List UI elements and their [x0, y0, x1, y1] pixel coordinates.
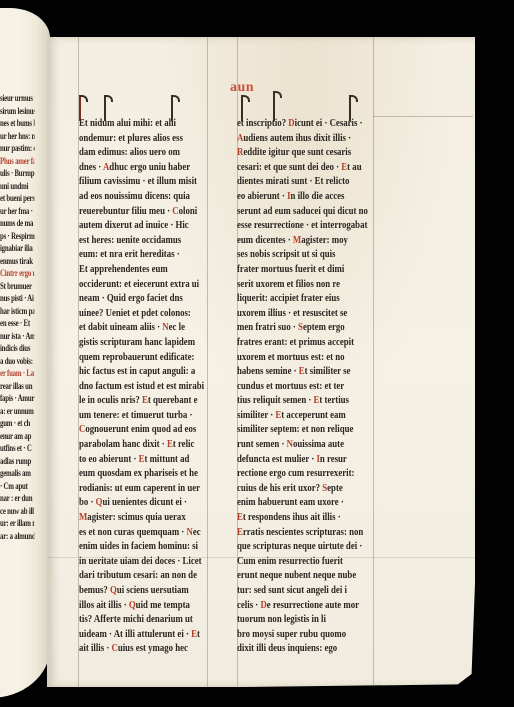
verso-text-line: nums de ma ru — [0, 218, 35, 231]
text-line: to eo abierunt · Et mittunt ad — [79, 453, 212, 468]
text-line: ait illis · Cuius est ymago hec — [79, 642, 212, 657]
text-line: autem dixerut ad inuice · Hic — [79, 219, 212, 234]
verso-text-line: uni undmi — [0, 181, 35, 194]
rubricated-initial: N — [287, 439, 293, 450]
text-line: reuerebuntur filiu meu · Coloni — [79, 205, 212, 220]
rubricated-initial: Q — [110, 585, 117, 596]
text-line: uideam · At illi attulerunt ei · Et — [79, 628, 212, 643]
rubricated-initial: E — [191, 629, 197, 640]
text-line: cundus et mortuus est: et ter — [237, 380, 370, 395]
rubricated-initial: E — [142, 395, 148, 406]
rubricated-initial: S — [298, 322, 303, 333]
text-line: in ueritate uiam dei doces · Licet — [79, 555, 212, 570]
text-line: serunt ad eum saducei qui dicut no — [237, 205, 370, 220]
text-line: hic factus est in caput anguli: a — [79, 365, 212, 380]
verso-text-line: Cintrr ergo un — [0, 268, 35, 281]
verso-text-line: enmus tirak — [0, 256, 35, 269]
text-column-right: et inscriptio? Dicunt ei · Cesaris ·Audi… — [237, 117, 397, 657]
text-line: frater mortuus fuerit et dimi — [237, 263, 370, 278]
rubricated-initial: Q — [129, 600, 136, 611]
text-line: dientes mirati sunt · Et relicto — [237, 175, 370, 190]
rubricated-initial: Q — [96, 497, 103, 508]
text-line: dno factum est istud et est mirabi — [79, 380, 212, 395]
text-line: eum quosdam ex phariseis et he — [79, 467, 212, 482]
text-line: cesari: et que sunt dei deo · Et au — [237, 161, 370, 176]
text-line: le in oculis nris? Et querebant e — [79, 394, 212, 409]
verso-text-line: er fuam · Lan — [0, 368, 35, 381]
rubricated-initial: D — [288, 118, 294, 129]
text-line: uxorem et mortuus est: et no — [237, 351, 370, 366]
text-line: que scripturas neque uirtute dei · — [237, 540, 370, 555]
text-line: bo · Qui uenientes dicunt ei · — [79, 496, 212, 511]
rubricated-initial: E — [237, 527, 243, 538]
text-line: Cognouerunt enim quod ad eos — [79, 423, 212, 438]
rubricated-initial: M — [293, 235, 301, 246]
verso-page: sieur urmus nobissirum lesinus firnes et… — [0, 8, 50, 698]
rubricated-initial: E — [237, 512, 243, 523]
verso-text-line: indicis dius — [0, 343, 35, 356]
text-line: dam edimus: alios uero om — [79, 146, 212, 161]
text-line: eum: et nra erit hereditas · — [79, 248, 212, 263]
text-line: uinee? Ueniet et pdet colonos: — [79, 307, 212, 322]
text-line: ses nobis scripsit ut si quis — [237, 248, 370, 263]
rubricated-initial: D — [260, 600, 266, 611]
verso-text-line: a: er unnum — [0, 406, 35, 419]
text-column-left: Et nidum alui mihi: et aliiondemur: et p… — [79, 117, 239, 657]
verso-text-line: fapis · Amur — [0, 393, 35, 406]
rubricated-initial: E — [314, 395, 320, 406]
verso-text-fragments: sieur urmus nobissirum lesinus firnes et… — [0, 93, 35, 563]
verso-text-line: gemalis am — [0, 468, 35, 481]
text-line: enim habuerunt eam uxore · — [237, 496, 370, 511]
text-line: Erratis nescientes scripturas: non — [237, 526, 370, 541]
verso-text-line: ps · Respirm — [0, 231, 35, 244]
verso-text-line: enur am ap — [0, 431, 35, 444]
text-line: est heres: uenite occidamus — [79, 234, 212, 249]
verso-text-line: nes et bums kimus — [0, 118, 35, 131]
verso-text-line: nur pastim: ci — [0, 143, 35, 156]
text-line: eo abierunt · In illo die acces — [237, 190, 370, 205]
text-line: dnes · Adhuc ergo uniu haber — [79, 161, 212, 176]
verso-text-line: ulis · Burmpe — [0, 168, 35, 181]
rubricated-initial: C — [172, 206, 178, 217]
text-line: runt semen · Nouissima aute — [237, 438, 370, 453]
text-line: fratres erant: et primus accepit — [237, 336, 370, 351]
text-line: similiter · Et acceperunt eam — [237, 409, 370, 424]
text-line: Magister: scimus quia uerax — [79, 511, 212, 526]
text-line: men fratri suo · Septem ergo — [237, 321, 370, 336]
rubricated-initial: A — [103, 162, 109, 173]
verso-text-line: ur her hns: numi — [0, 131, 35, 144]
text-line: habens semine · Et similiter se — [237, 365, 370, 380]
text-line: cuius de his erit uxor? Septe — [237, 482, 370, 497]
text-line: bemus? Qui sciens uersutiam — [79, 584, 212, 599]
verso-text-line: St brumuer — [0, 281, 35, 294]
text-line: tius reliquit semen · Et tertius — [237, 394, 370, 409]
verso-text-line: en esse · Et — [0, 318, 35, 331]
text-line: quem reprobauerunt edificate: — [79, 351, 212, 366]
text-line: tur: sed sunt sicut angeli dei i — [237, 584, 370, 599]
text-line: Audiens autem ihus dixit illis · — [237, 132, 370, 147]
verso-text-line: har isticm pa — [0, 306, 35, 319]
text-line: rectione ergo cum resurrexerit: — [237, 467, 370, 482]
verso-text-line: ur: er illam m — [0, 518, 35, 531]
text-line: similiter septem: et non relique — [237, 423, 370, 438]
rubricated-initial: C — [111, 643, 117, 654]
text-line: serit uxorem et filios non re — [237, 278, 370, 293]
rubricated-initial: C — [79, 424, 85, 435]
verso-text-line: · Cm aput — [0, 481, 35, 494]
rubricated-initial: E — [341, 162, 347, 173]
rubricated-initial: E — [167, 439, 173, 450]
rubricated-initial: I — [316, 454, 319, 465]
text-line: um tenere: et timuerut turba · — [79, 409, 212, 424]
verso-text-line: a duo vobis: — [0, 356, 35, 369]
text-line: et inscriptio? Dicunt ei · Cesaris · — [237, 117, 370, 132]
verso-text-line: gum · et ch — [0, 418, 35, 431]
verso-text-line: et bueni pers — [0, 193, 35, 206]
text-line: ad eos nouissimu dicens: quia — [79, 190, 212, 205]
text-line: occiderunt: et eiecerunt extra ui — [79, 278, 212, 293]
text-line: filium cavissimu · et illum misit — [79, 175, 212, 190]
verso-text-line: sirum lesinus fir — [0, 106, 35, 119]
text-line: eum dicentes · Magister: moy — [237, 234, 370, 249]
text-line: dixit illi deus inquiens: ego — [237, 642, 370, 657]
text-line: enim uides in faciem hominu: si — [79, 540, 212, 555]
verso-text-line: utfins et · C — [0, 443, 35, 456]
rubricated-initial: N — [162, 322, 168, 333]
text-line: rodianis: ut eum caperent in uer — [79, 482, 212, 497]
text-line: bro moysi super rubu quomo — [237, 628, 370, 643]
text-line: tis? Afferte michi denarium ut — [79, 613, 212, 628]
rubricated-initial: I — [287, 191, 290, 202]
text-line: liquerit: accipiet frater eius — [237, 292, 370, 307]
text-line: neam · Quid ergo faciet dns — [79, 292, 212, 307]
verso-text-line: adlas rump — [0, 456, 35, 469]
text-line: illos ait illis · Quid me tempta — [79, 599, 212, 614]
verso-text-line: ce nuw ab ill — [0, 506, 35, 519]
text-line: es et non curas quemquam · Nec — [79, 526, 212, 541]
rubricated-initial: E — [139, 454, 145, 465]
rubricated-initial: M — [79, 512, 87, 523]
verso-text-line: sieur urmus nobis — [0, 93, 35, 106]
rubricated-initial: A — [237, 133, 243, 144]
rubricated-initial: E — [275, 410, 281, 421]
text-line: Et respondens ihus ait illis · — [237, 511, 370, 526]
text-line: et dabit uineam aliis · Nec le — [79, 321, 212, 336]
rubricated-initial: N — [186, 527, 192, 538]
text-line: erunt neque nubent neque nube — [237, 569, 370, 584]
text-line: dari tributum cesari: an non de — [79, 569, 212, 584]
verso-text-line: ar: a almunda — [0, 531, 35, 544]
rubricated-initial: R — [237, 147, 243, 158]
text-line: gistis scripturam hanc lapidem — [79, 336, 212, 351]
verso-text-line: rear illas un — [0, 381, 35, 394]
text-line: Reddite igitur que sunt cesaris — [237, 146, 370, 161]
recto-page: aun Et nidum alui mihi: et aliiondemur: … — [47, 37, 475, 687]
text-line: tuorum non legistis in li — [237, 613, 370, 628]
photo-scene: sieur urmus nobissirum lesinus firnes et… — [0, 0, 514, 707]
verso-text-line: nus pisti · Ai — [0, 293, 35, 306]
text-line: celis · De resurrectione aute mor — [237, 599, 370, 614]
text-line: Et apprehendentes eum — [79, 263, 212, 278]
rubricated-initial: S — [322, 483, 327, 494]
text-line: Et nidum alui mihi: et alii — [79, 117, 212, 132]
rubricated-initial: E — [299, 366, 305, 377]
verso-text-line: ignabiar ilia — [0, 243, 35, 256]
running-head: aun — [230, 80, 254, 96]
verso-text-line: nur ista · Am — [0, 331, 35, 344]
text-line: esse resurrectione · et interrogabat — [237, 219, 370, 234]
text-line: uxorem illius · et resuscitet se — [237, 307, 370, 322]
verso-text-line: Phus amer fals — [0, 156, 35, 169]
text-line: Cum enim resurrectio fuerit — [237, 555, 370, 570]
text-line: defuncta est mulier · In resur — [237, 453, 370, 468]
verso-text-line: ur her fma · — [0, 206, 35, 219]
verso-text-line: nar : er dun — [0, 493, 35, 506]
text-line: ondemur: et plures alios ess — [79, 132, 212, 147]
text-line: parabolam hanc dixit · Et relic — [79, 438, 212, 453]
